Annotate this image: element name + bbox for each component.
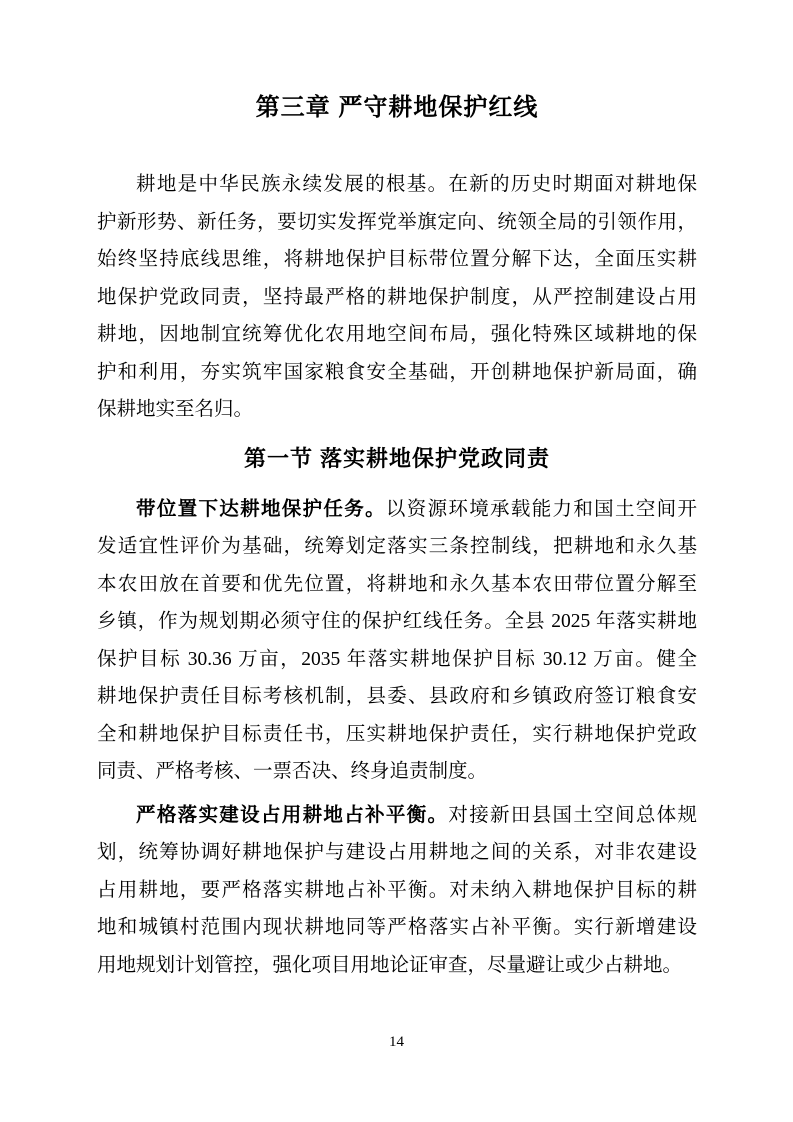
- bold-lead: 严格落实建设占用耕地占补平衡。: [136, 805, 448, 826]
- paragraph-line: 乡镇，作为规划期必须守住的保护红线任务。全县 2025 年落实耕地: [97, 603, 697, 641]
- paragraph-line: 始终坚持底线思维，将耕地保护目标带位置分解下达，全面压实耕: [97, 241, 697, 279]
- paragraph-line: 划，统筹协调好耕地保护与建设占用耕地之间的关系，对非农建设: [97, 834, 697, 872]
- paragraph-line: 同责、严格考核、一票否决、终身追责制度。: [97, 753, 697, 791]
- bold-lead: 带位置下达耕地保护任务。: [136, 499, 386, 520]
- paragraph-line: 护新形势、新任务，要切实发挥党举旗定向、统领全局的引领作用，: [97, 204, 697, 242]
- paragraph-3: 严格落实建设占用耕地占补平衡。对接新田县国土空间总体规 划，统筹协调好耕地保护与…: [97, 797, 697, 985]
- paragraph-line: 保护目标 30.36 万亩，2035 年落实耕地保护目标 30.12 万亩。健全: [97, 641, 697, 679]
- paragraph-line: 保耕地实至名归。: [97, 391, 697, 429]
- lead-rest: 以资源环境承载能力和国土空间开: [386, 499, 697, 520]
- lead-rest: 对接新田县国土空间总体规: [448, 805, 697, 826]
- page-number: 14: [0, 1032, 793, 1052]
- chapter-title: 第三章 严守耕地保护红线: [97, 90, 697, 126]
- paragraph-line: 带位置下达耕地保护任务。以资源环境承载能力和国土空间开: [97, 491, 697, 529]
- paragraph-line: 用地规划计划管控，强化项目用地论证审查，尽量避让或少占耕地。: [97, 947, 697, 985]
- paragraph-line: 地和城镇村范围内现状耕地同等严格落实占补平衡。实行新增建设: [97, 909, 697, 947]
- paragraph-1: 耕地是中华民族永续发展的根基。在新的历史时期面对耕地保 护新形势、新任务，要切实…: [97, 166, 697, 429]
- paragraph-line: 严格落实建设占用耕地占补平衡。对接新田县国土空间总体规: [97, 797, 697, 835]
- paragraph-line: 地保护党政同责，坚持最严格的耕地保护制度，从严控制建设占用: [97, 279, 697, 317]
- paragraph-line: 发适宜性评价为基础，统筹划定落实三条控制线，把耕地和永久基: [97, 528, 697, 566]
- paragraph-line: 护和利用，夯实筑牢国家粮食安全基础，开创耕地保护新局面，确: [97, 354, 697, 392]
- paragraph-line: 耕地保护责任目标考核机制，县委、县政府和乡镇政府签订粮食安: [97, 678, 697, 716]
- paragraph-line: 本农田放在首要和优先位置，将耕地和永久基本农田带位置分解至: [97, 566, 697, 604]
- paragraph-line: 全和耕地保护目标责任书，压实耕地保护责任，实行耕地保护党政: [97, 716, 697, 754]
- document-page: 第三章 严守耕地保护红线 耕地是中华民族永续发展的根基。在新的历史时期面对耕地保…: [0, 0, 793, 1122]
- paragraph-line: 耕地是中华民族永续发展的根基。在新的历史时期面对耕地保: [97, 166, 697, 204]
- paragraph-line: 占用耕地，要严格落实耕地占补平衡。对未纳入耕地保护目标的耕: [97, 872, 697, 910]
- paragraph-2: 带位置下达耕地保护任务。以资源环境承载能力和国土空间开 发适宜性评价为基础，统筹…: [97, 491, 697, 791]
- paragraph-line: 耕地，因地制宜统筹优化农用地空间布局，强化特殊区域耕地的保: [97, 316, 697, 354]
- section-title: 第一节 落实耕地保护党政同责: [97, 439, 697, 479]
